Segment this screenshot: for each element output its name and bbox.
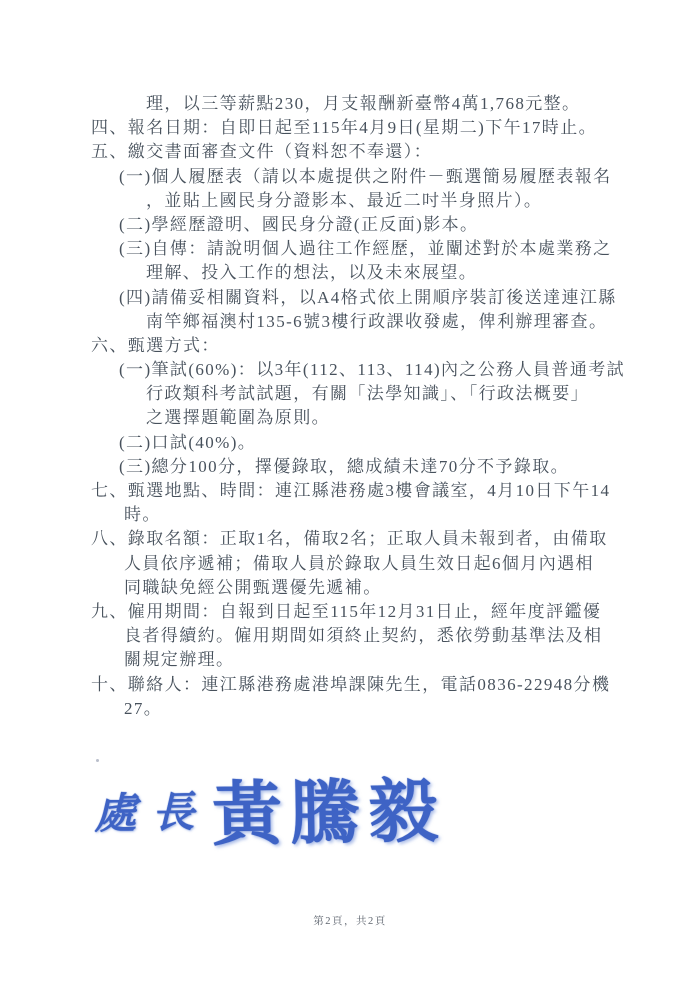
page-footer: 第2頁，共2頁 xyxy=(0,913,700,928)
document-line: (二)學經歷證明、國民身分證(正反面)影本。 xyxy=(0,213,700,237)
page-number: 第2頁，共2頁 xyxy=(313,916,387,927)
document-line: 八、錄取名額：正取1名，備取2名；正取人員未報到者，由備取 xyxy=(0,527,700,551)
document-line: 四、報名日期：自即日起至115年4月9日(星期二)下午17時止。 xyxy=(0,116,700,140)
document-line: 六、甄選方式： xyxy=(0,334,700,358)
document-line: 五、繳交書面審查文件（資料恕不奉還）： xyxy=(0,140,700,164)
document-line: 關規定辦理。 xyxy=(0,648,700,672)
document-line: ，並貼上國民身分證影本、最近二吋半身照片）。 xyxy=(0,189,700,213)
document-line: 理，以三等薪點230，月支報酬新臺幣4萬1,768元整。 xyxy=(0,92,700,116)
signature-title: 處長 xyxy=(94,779,211,841)
document-line: 七、甄選地點、時間：連江縣港務處3樓會議室，4月10日下午14 xyxy=(0,479,700,503)
document-line: (三)總分100分，擇優錄取，總成績未達70分不予錄取。 xyxy=(0,455,700,479)
document-line: 同職缺免經公開甄選優先遞補。 xyxy=(0,576,700,600)
document-line: (四)請備妥相關資料，以A4格式依上開順序裝訂後送達連江縣 xyxy=(0,286,700,310)
signature-name: 黃騰毅 xyxy=(211,754,447,859)
document-line: 良者得續約。僱用期間如須終止契約，悉依勞動基準法及相 xyxy=(0,624,700,648)
document-line: (一)筆試(60%)：以3年(112、113、114)內之公務人員普通考試 xyxy=(0,358,700,382)
document-page: 理，以三等薪點230，月支報酬新臺幣4萬1,768元整。四、報名日期：自即日起至… xyxy=(0,0,700,990)
document-line: (一)個人履歷表（請以本處提供之附件－甄選簡易履歷表報名 xyxy=(0,165,700,189)
signature-stamp: 處長 黃騰毅 xyxy=(93,749,447,867)
document-line: 十、聯絡人：連江縣港務處港埠課陳先生，電話0836-22948分機 xyxy=(0,673,700,697)
document-line: 南竿鄉福澳村135-6號3樓行政課收發處，俾利辦理審查。 xyxy=(0,310,700,334)
document-line: 時。 xyxy=(0,503,700,527)
document-line: 之選擇題範圍為原則。 xyxy=(0,406,700,430)
document-line: 理解、投入工作的想法，以及未來展望。 xyxy=(0,261,700,285)
document-body: 理，以三等薪點230，月支報酬新臺幣4萬1,768元整。四、報名日期：自即日起至… xyxy=(0,92,700,721)
document-line: 27。 xyxy=(0,697,700,721)
document-line: 人員依序遞補；備取人員於錄取人員生效日起6個月內遇相 xyxy=(0,552,700,576)
document-line: (三)自傳：請說明個人過往工作經歷，並闡述對於本處業務之 xyxy=(0,237,700,261)
document-line: (二)口試(40%)。 xyxy=(0,431,700,455)
document-line: 九、僱用期間：自報到日起至115年12月31日止，經年度評鑑優 xyxy=(0,600,700,624)
document-line: 行政類科考試試題，有關「法學知識」、「行政法概要」 xyxy=(0,382,700,406)
